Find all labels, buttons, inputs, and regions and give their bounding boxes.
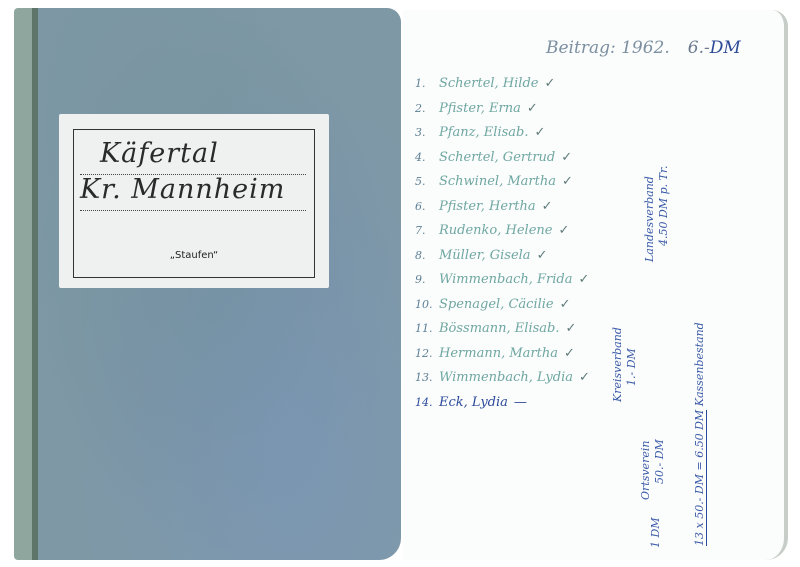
member-number: 12. [415,347,439,360]
member-number: 2. [415,102,439,115]
member-number: 14. [415,396,439,409]
member-number: 1. [415,77,439,90]
member-row: 2.Pfister, Erna✓ [415,101,590,126]
cover-label-place: Käfertal [80,138,306,175]
member-number: 6. [415,200,439,213]
member-number: 4. [415,151,439,164]
cover-spine [32,8,38,560]
member-row: 3.Pfanz, Elisab.✓ [415,125,590,150]
note-kreisverband-label: Kreisverband [611,327,624,402]
note-footnote: 1 DM [649,517,663,548]
member-row: 8.Müller, Gisela✓ [415,248,590,273]
checkmark-icon: ✓ [558,223,569,238]
checkmark-icon: ✓ [564,346,575,361]
cover-label: Käfertal Kr. Mannheim „Staufen“ [59,114,329,288]
note-kreisverband: Kreisverband 1.- DM [611,327,639,402]
note-total-suffix: Kassenbestand [693,322,706,406]
cover-label-frame: Käfertal Kr. Mannheim „Staufen“ [73,129,315,278]
member-number: 13. [415,371,439,384]
member-number: 3. [415,126,439,139]
member-row: 13.Wimmenbach, Lydia✓ [415,370,590,395]
checkmark-icon: ✓ [560,297,571,312]
member-number: 5. [415,175,439,188]
checkmark-icon: ✓ [542,199,553,214]
member-number: 9. [415,273,439,286]
note-landesverband-label: Landesverband [643,176,656,262]
member-name: Eck, Lydia [439,395,508,410]
member-row: 1.Schertel, Hilde✓ [415,76,590,101]
note-ortsverein-label: Ortsverein [639,441,652,500]
member-name: Bössmann, Elisab. [439,321,560,336]
member-name: Hermann, Martha [439,346,558,361]
member-name: Schertel, Hilde [439,76,538,91]
member-row: 6.Pfister, Hertha✓ [415,199,590,224]
note-kreisverband-value: 1.- DM [625,327,639,402]
note-ortsverein-value: 50.- DM [653,439,667,500]
member-name: Müller, Gisela [439,248,531,263]
member-row: 5.Schwinel, Martha✓ [415,174,590,199]
header-amount: 6.- [688,38,710,58]
note-footnote-text: 1 DM [649,517,662,548]
checkmark-icon: ✓ [578,272,589,287]
note-total-text: 13 x 50.- DM = 6.50 DM [693,410,707,546]
checkmark-icon: ✓ [562,174,573,189]
member-number: 8. [415,249,439,262]
member-list: 1.Schertel, Hilde✓2.Pfister, Erna✓3.Pfan… [415,76,590,419]
member-row: 7.Rudenko, Helene✓ [415,223,590,248]
member-name: Schertel, Gertrud [439,150,555,165]
cover-label-imprint: „Staufen“ [74,250,314,261]
member-row: 12.Hermann, Martha✓ [415,346,590,371]
checkmark-icon: ✓ [579,370,590,385]
member-row: 10.Spenagel, Cäcilie✓ [415,297,590,322]
member-name: Wimmenbach, Lydia [439,370,573,385]
member-row: 4.Schertel, Gertrud✓ [415,150,590,175]
member-row: 14.Eck, Lydia— [415,395,590,420]
member-name: Schwinel, Martha [439,174,556,189]
member-number: 11. [415,322,439,335]
member-row: 9.Wimmenbach, Frida✓ [415,272,590,297]
member-name: Pfanz, Elisab. [439,125,528,140]
member-name: Rudenko, Helene [439,223,552,238]
member-number: 7. [415,224,439,237]
cover-label-district: Kr. Mannheim [80,174,306,211]
note-total: 13 x 50.- DM = 6.50 DM Kassenbestand [693,322,707,546]
note-ortsverein: Ortsverein 50.- DM [639,439,667,500]
checkmark-icon: ✓ [534,125,545,140]
header-title: Beitrag: 1962. [546,38,670,58]
member-row: 11.Bössmann, Elisab.✓ [415,321,590,346]
checkmark-icon: ✓ [566,321,577,336]
member-name: Pfister, Erna [439,101,521,116]
note-landesverband: Landesverband 4.50 DM p. Tr. [643,166,671,263]
page-header: Beitrag: 1962.6.-DM [546,38,741,58]
dash-mark-icon: — [514,395,527,410]
checkmark-icon: ✓ [527,101,538,116]
member-name: Pfister, Hertha [439,199,536,214]
checkmark-icon: ✓ [561,150,572,165]
ledger-page: Beitrag: 1962.6.-DM 1.Schertel, Hilde✓2.… [403,10,788,560]
member-name: Spenagel, Cäcilie [439,297,554,312]
note-landesverband-value: 4.50 DM p. Tr. [657,166,671,263]
member-name: Wimmenbach, Frida [439,272,572,287]
member-number: 10. [415,298,439,311]
header-currency: DM [710,38,741,58]
checkmark-icon: ✓ [537,248,548,263]
checkmark-icon: ✓ [544,76,555,91]
